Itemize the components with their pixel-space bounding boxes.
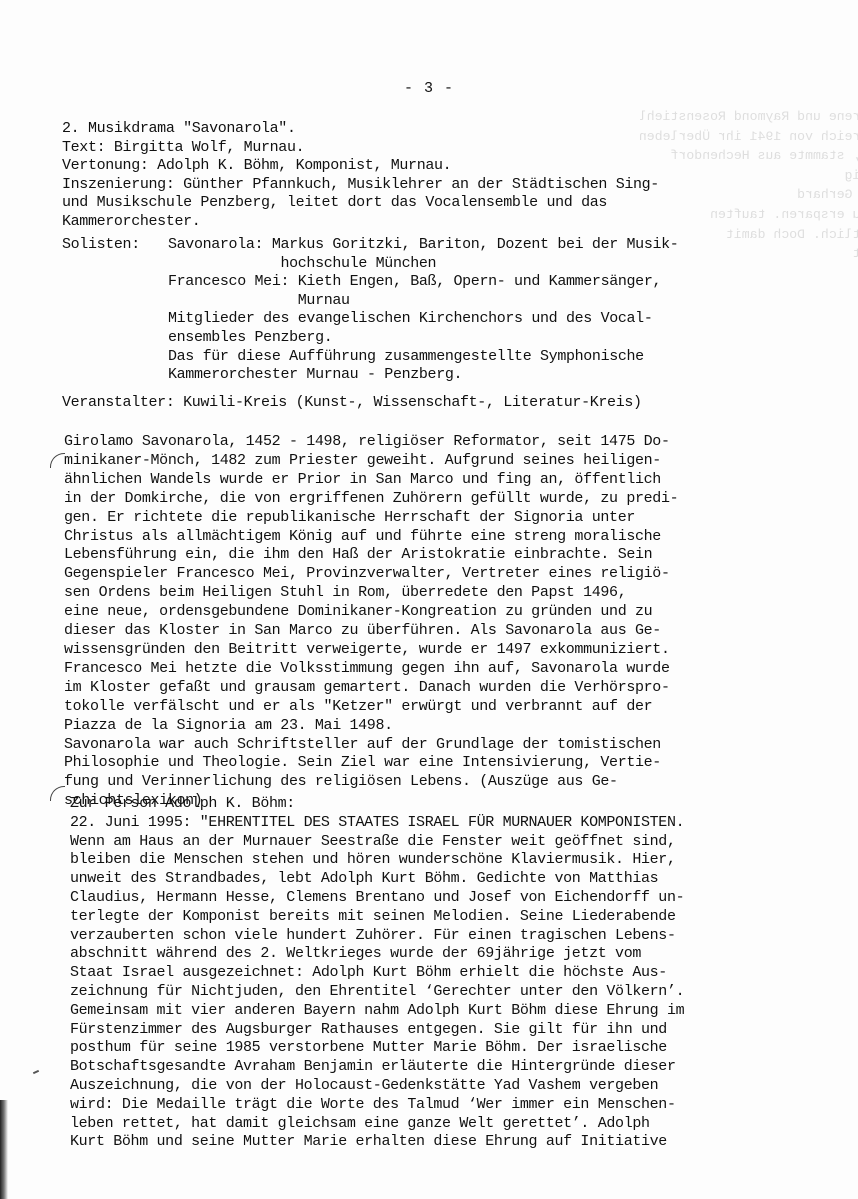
paragraph-line: unweit des Strandbades, lebt Adolph Kurt… bbox=[70, 870, 684, 889]
soloists-label: Solisten: bbox=[62, 236, 140, 255]
paragraph-line: gen. Er richtete die republikanische Her… bbox=[64, 509, 678, 528]
paragraph-line: Christus als allmächtigem König auf und … bbox=[64, 528, 678, 547]
scanned-document-page: von Irene und Raymond RosenstiehlFrankre… bbox=[0, 0, 858, 1199]
bleed-through-line: zwenzig bbox=[640, 166, 858, 186]
hole-punch-mark bbox=[50, 786, 65, 801]
soloist-line: Das für diese Aufführung zusammengestell… bbox=[168, 348, 678, 367]
organizer-line: Veranstalter: Kuwili-Kreis (Kunst-, Wiss… bbox=[62, 394, 642, 413]
paragraph-line: dieser das Kloster in San Marco zu überf… bbox=[64, 622, 678, 641]
section-number: 2. bbox=[62, 120, 79, 137]
paragraph-line: fung und Verinnerlichung des religiösen … bbox=[64, 773, 678, 792]
paragraph-line: zeichnung für Nichtjuden, den Ehrentitel… bbox=[70, 983, 684, 1002]
paragraph-line: wird: Die Medaille trägt die Worte des T… bbox=[70, 1096, 684, 1115]
paragraph-line: bleiben die Menschen stehen und hören wu… bbox=[70, 851, 684, 870]
bleed-through-line: gen zu ersparen. tauften bbox=[640, 205, 858, 225]
bleed-through-line: Söhne Gerhard bbox=[640, 185, 858, 205]
bleed-through-line: Hager, stammte aus Hechendorf bbox=[640, 146, 858, 166]
paragraph-line: Francesco Mei hetzte die Volksstimmung g… bbox=[64, 660, 678, 679]
scan-edge-shadow bbox=[0, 1100, 8, 1199]
paragraph-line: Lebensführung ein, die ihm den Haß der A… bbox=[64, 546, 678, 565]
paragraph-line: abschnitt während des 2. Weltkrieges wur… bbox=[70, 945, 684, 964]
soloist-line: hochschule München bbox=[168, 255, 678, 274]
boehm-paragraph: Zur Person Adolph K. Böhm:22. Juni 1995:… bbox=[70, 795, 684, 1152]
paragraph-line: Zur Person Adolph K. Böhm: bbox=[70, 795, 684, 814]
section-title: Musikdrama "Savonarola". bbox=[88, 120, 296, 137]
section-heading: 2. Musikdrama "Savonarola". bbox=[62, 120, 296, 139]
paragraph-line: sen Ordens beim Heiligen Stuhl in Rom, ü… bbox=[64, 584, 678, 603]
soloist-line: Kammerorchester Murnau - Penzberg. bbox=[168, 366, 678, 385]
soloist-line: Francesco Mei: Kieth Engen, Baß, Opern- … bbox=[168, 273, 678, 292]
soloist-line: Murnau bbox=[168, 292, 678, 311]
paragraph-line: im Kloster gefaßt und grausam gemartert.… bbox=[64, 679, 678, 698]
paragraph-line: Wenn am Haus an der Murnauer Seestraße d… bbox=[70, 833, 684, 852]
paragraph-line: verzauberten schon viele hundert Zuhörer… bbox=[70, 927, 684, 946]
paragraph-line: posthum für seine 1985 verstorbene Mutte… bbox=[70, 1039, 684, 1058]
paragraph-line: Gemeinsam mit vier anderen Bayern nahm A… bbox=[70, 1002, 684, 1021]
paragraph-line: wissensgründen den Beitritt verweigerte,… bbox=[64, 641, 678, 660]
paragraph-line: Gegenspieler Francesco Mei, Provinzverwa… bbox=[64, 565, 678, 584]
paragraph-line: Kurt Böhm und seine Mutter Marie erhalte… bbox=[70, 1133, 684, 1152]
paragraph-line: Botschaftsgesandte Avraham Benjamin erlä… bbox=[70, 1058, 684, 1077]
paragraph-line: terlegte der Komponist bereits mit seine… bbox=[70, 908, 684, 927]
hole-punch-mark bbox=[50, 453, 65, 468]
paragraph-line: eine neue, ordensgebundene Dominikaner-K… bbox=[64, 603, 678, 622]
pen-mark bbox=[33, 1070, 39, 1074]
credit-line: und Musikschule Penzberg, leitet dort da… bbox=[62, 194, 659, 213]
bleed-through-line: von Irene und Raymond Rosenstiehl bbox=[640, 107, 858, 127]
paragraph-line: in der Domkirche, die von ergriffenen Zu… bbox=[64, 490, 678, 509]
paragraph-line: 22. Juni 1995: "EHRENTITEL DES STAATES I… bbox=[70, 814, 684, 833]
paragraph-line: leben rettet, hat damit gleichsam eine g… bbox=[70, 1115, 684, 1134]
paragraph-line: Piazza de la Signoria am 23. Mai 1498. bbox=[64, 717, 678, 736]
credit-line: Text: Birgitta Wolf, Murnau. bbox=[62, 139, 659, 158]
savonarola-paragraph: Girolamo Savonarola, 1452 - 1498, religi… bbox=[64, 433, 678, 811]
soloist-line: ensembles Penzberg. bbox=[168, 329, 678, 348]
paragraph-line: Savonarola war auch Schriftsteller auf d… bbox=[64, 736, 678, 755]
soloists-list: Savonarola: Markus Goritzki, Bariton, Do… bbox=[168, 236, 678, 385]
paragraph-line: Claudius, Hermann Hesse, Clemens Brentan… bbox=[70, 889, 684, 908]
credit-line: Kammerorchester. bbox=[62, 213, 659, 232]
paragraph-line: Staat Israel ausgezeichnet: Adolph Kurt … bbox=[70, 964, 684, 983]
paragraph-line: ähnlichen Wandels wurde er Prior in San … bbox=[64, 471, 678, 490]
paragraph-line: minikaner-Mönch, 1482 zum Priester gewei… bbox=[64, 452, 678, 471]
paragraph-line: Fürstenzimmer des Augsburger Rathauses e… bbox=[70, 1021, 684, 1040]
paragraph-line: Philosophie und Theologie. Sein Ziel war… bbox=[64, 754, 678, 773]
soloist-line: Mitglieder des evangelischen Kirchenchor… bbox=[168, 310, 678, 329]
page-number: - 3 - bbox=[0, 80, 858, 97]
soloist-line: Savonarola: Markus Goritzki, Bariton, Do… bbox=[168, 236, 678, 255]
paragraph-line: Girolamo Savonarola, 1452 - 1498, religi… bbox=[64, 433, 678, 452]
paragraph-line: Auszeichnung, die von der Holocaust-Gede… bbox=[70, 1077, 684, 1096]
bleed-through-line: Frankreich von 1941 ihr Überleben bbox=[640, 127, 858, 147]
credits-block: Text: Birgitta Wolf, Murnau.Vertonung: A… bbox=[62, 139, 659, 232]
paragraph-line: tokolle verfälscht und er als "Ketzer" e… bbox=[64, 698, 678, 717]
credit-line: Vertonung: Adolph K. Böhm, Komponist, Mu… bbox=[62, 157, 659, 176]
credit-line: Inszenierung: Günther Pfannkuch, Musikle… bbox=[62, 176, 659, 195]
